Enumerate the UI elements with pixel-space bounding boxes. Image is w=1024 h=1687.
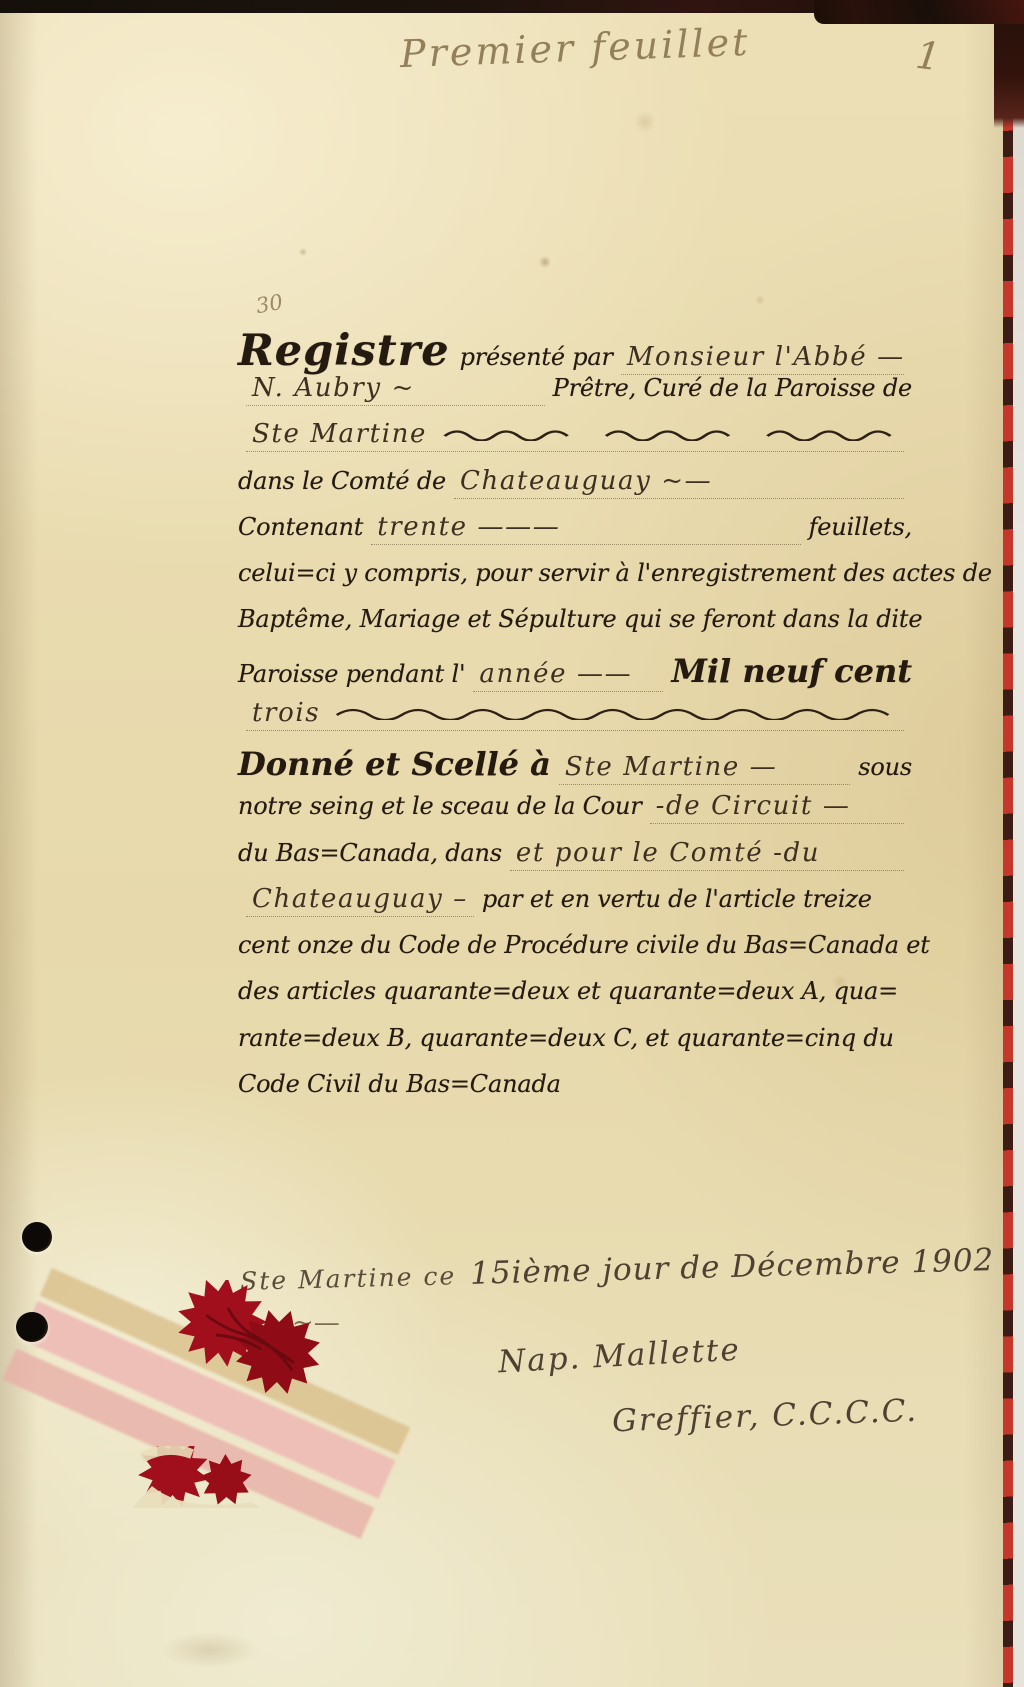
printed-text: Donné et Scellé à — [238, 745, 551, 783]
blank-underline: et pour le Comté -du — [510, 838, 904, 871]
printed-text: Paroisse pendant l' — [238, 660, 465, 688]
form-line: Ste Martine — [238, 419, 912, 466]
printed-text: sous — [858, 753, 912, 781]
printed-text: Baptême, Mariage et Sépulture qui se fer… — [238, 605, 922, 633]
handwritten-entry: N. Aubry ~ — [252, 373, 415, 403]
handwritten-entry: Ste Martine — — [565, 752, 777, 782]
form-line: Donné et Scellé à Ste Martine — sous — [238, 745, 912, 792]
printed-text: cent onze du Code de Procédure civile du… — [238, 931, 930, 959]
form-line: notre seing et le sceau de la Cour -de C… — [238, 791, 912, 838]
flourish-squiggle — [330, 706, 898, 720]
blank-underline: trente ——— — [371, 512, 800, 545]
punch-hole — [16, 1312, 48, 1342]
printed-text: dans le Comté de — [238, 467, 446, 495]
register-title: Registre — [238, 326, 450, 376]
form-line: dans le Comté de Chateauguay ~— — [238, 466, 912, 513]
blank-underline: Chateauguay – — [246, 884, 474, 917]
form-line: Chateauguay – par et en vertu de l'artic… — [238, 884, 912, 931]
blank-underline: -de Circuit — — [650, 791, 904, 824]
form-line: rante=deux B, quarante=deux C, et quaran… — [238, 1024, 912, 1071]
handwritten-entry: -de Circuit — — [656, 791, 851, 821]
handwritten-entry: année —— — [479, 659, 632, 689]
flourish-squiggle — [437, 427, 898, 441]
blank-underline: Ste Martine — [246, 419, 904, 452]
cover-corner-top-right — [814, 0, 1024, 24]
blank-underline: N. Aubry ~ — [246, 373, 545, 406]
printed-text: Prêtre, Curé de la Paroisse de — [553, 374, 912, 402]
form-line: Paroisse pendant l' année —— Mil neuf ce… — [238, 652, 912, 699]
form-line: N. Aubry ~ Prêtre, Curé de la Paroisse d… — [238, 373, 912, 420]
handwritten-entry: Monsieur l'Abbé — — [627, 342, 905, 372]
printed-text: du Bas=Canada, dans — [238, 839, 502, 867]
blank-underline: trois — [246, 698, 904, 731]
blank-underline: Ste Martine — — [559, 752, 850, 785]
form-line: cent onze du Code de Procédure civile du… — [238, 931, 912, 978]
printed-text: celui=ci y compris, pour servir à l'enre… — [238, 559, 992, 587]
page-edge-red-stripe — [1003, 95, 1013, 1687]
punch-hole — [22, 1222, 52, 1252]
form-line: Baptême, Mariage et Sépulture qui se fer… — [238, 605, 912, 652]
printed-text: Mil neuf cent — [671, 652, 912, 690]
printed-text: notre seing et le sceau de la Cour — [238, 792, 642, 820]
printed-text: Contenant — [238, 513, 363, 541]
form-line: Contenant trente ——— feuillets, — [238, 512, 912, 559]
wax-seal-fragment — [132, 1446, 260, 1508]
blank-underline: année —— — [473, 659, 663, 692]
handwritten-entry: Chateauguay – — [252, 884, 468, 914]
handwritten-entry: trois — [252, 698, 320, 728]
printed-text: des articles quarante=deux et quarante=d… — [238, 977, 898, 1005]
form-line: trois — [238, 698, 912, 745]
form-line: du Bas=Canada, dans et pour le Comté -du — [238, 838, 912, 885]
handwritten-entry: Ste Martine — [252, 419, 427, 449]
printed-text: par et en vertu de l'article treize — [482, 885, 872, 913]
wax-seal — [166, 1280, 338, 1396]
register-form: Registre présenté par Monsieur l'Abbé — … — [238, 326, 912, 1117]
handwritten-entry: et pour le Comté -du — [516, 838, 820, 868]
printed-text: Code Civil du Bas=Canada — [238, 1070, 561, 1098]
pencil-count-note: 30 — [254, 290, 284, 318]
form-line: celui=ci y compris, pour servir à l'enre… — [238, 559, 912, 606]
handwritten-entry: trente ——— — [377, 512, 560, 542]
scanned-register-page: Premier feuillet 1 30 ~— Registre présen… — [0, 0, 1024, 1687]
blank-underline: Chateauguay ~— — [454, 466, 904, 499]
blank-underline: Monsieur l'Abbé — — [621, 342, 904, 375]
handwritten-entry: Chateauguay ~— — [460, 466, 712, 496]
form-line: des articles quarante=deux et quarante=d… — [238, 977, 912, 1024]
printed-text: rante=deux B, quarante=deux C, et quaran… — [238, 1024, 894, 1052]
form-line: Code Civil du Bas=Canada — [238, 1070, 912, 1117]
printed-text: présenté par — [460, 343, 613, 371]
form-line: Registre présenté par Monsieur l'Abbé — — [238, 326, 912, 373]
printed-text: feuillets, — [809, 513, 912, 541]
